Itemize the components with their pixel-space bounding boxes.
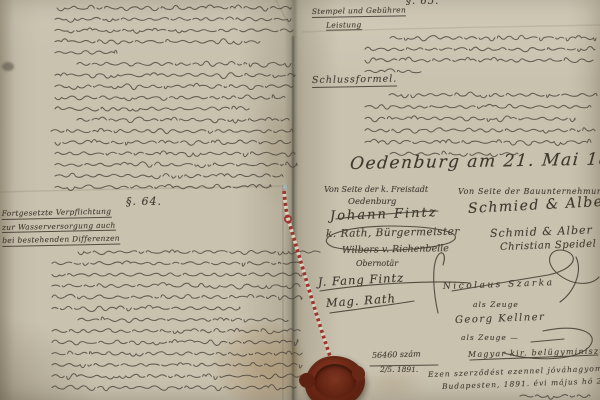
paper-stain: [252, 92, 300, 207]
signature-rath-buergermeister: k. Rath, Bürgermeister: [326, 227, 460, 240]
signature-fang-fintz: J. Fang Fintz: [318, 272, 405, 288]
paper-stain: [213, 322, 303, 400]
margin-heading-65: Stempel und Gebühren Leistung: [312, 6, 407, 35]
left-64-text: [52, 374, 300, 380]
witness-2-role: als Zeuge —: [461, 334, 519, 342]
left-top-text: [77, 61, 291, 67]
right-schluss-text: [365, 104, 591, 109]
cord-knot: [285, 216, 291, 222]
zeuge-dash: [531, 339, 564, 342]
right-schluss-text: [365, 128, 595, 133]
left-top-text: [55, 151, 295, 157]
ink-smudge: [2, 62, 14, 71]
left-top-text: [55, 106, 249, 111]
left-64-text: [78, 250, 320, 255]
dateline: Oedenburg am 21. Mai 1891.: [349, 151, 600, 173]
hungarian-line-3: [520, 395, 590, 400]
right-65-text: [365, 57, 593, 63]
ministry-line: Magyar kir. belügyminiszter: [468, 347, 600, 359]
registry-number: 56460 szám: [372, 350, 421, 360]
right-65-text: [365, 69, 421, 73]
registry-date: 2/5. 1891.: [380, 366, 418, 374]
signature-witness-1: Nicolaus Szarka: [443, 279, 555, 292]
margin-heading-line: zur Wasserversorgung auch: [2, 221, 116, 233]
witness-1-role: als Zeuge: [473, 301, 519, 309]
left-top-text: [55, 28, 293, 33]
fold-crease-line: [292, 36, 294, 400]
left-top-text: [55, 162, 297, 168]
left-64-text: [52, 283, 300, 289]
approval-line-2: Budapesten, 1891. évi május hó 2-án: [442, 377, 600, 391]
margin-heading-line: Fortgesetzte Verpflichtung: [2, 208, 112, 220]
left-top-text: [51, 128, 293, 133]
section-heading-65: §. 65.: [406, 0, 439, 7]
left-64-text: [52, 329, 300, 334]
signature-schmid-alber: Schmid & Alber: [490, 224, 593, 239]
left-64-text: [52, 273, 302, 277]
left-top-text: [55, 83, 293, 89]
section-heading-64: §. 64.: [126, 196, 162, 207]
left-top-text: [55, 140, 291, 146]
signature-witness-2: Georg Kellner: [455, 313, 546, 326]
witness-sweep-2: [560, 257, 578, 302]
margin-heading-line: bei bestehenden Differenzen: [2, 235, 120, 247]
left-top-text: [55, 39, 260, 45]
left-top-text: [55, 184, 271, 190]
signature-mag-rath: Mag. Rath: [326, 293, 397, 309]
left-top-text: [55, 173, 283, 179]
signature-christian-speidel: Christian Speidel: [500, 240, 597, 253]
left-top-text: [77, 117, 289, 123]
left-top-text: [55, 95, 285, 101]
cord-tip: [283, 185, 287, 189]
left-64-text: [52, 385, 296, 391]
left-64-text: [52, 351, 302, 356]
left-64-text: [52, 339, 298, 345]
left-top-text: [55, 17, 291, 22]
signature-johann-fintz: Johann Fintz: [330, 206, 438, 223]
seal-cord: [283, 185, 331, 359]
page-fold-gutter: [284, 0, 304, 400]
left-64-text: [52, 261, 301, 266]
margin-heading-line: Leistung: [326, 21, 362, 31]
left-64-text: [52, 363, 302, 368]
manuscript-photo: §. 64. Fortgesetzte Verpflichtung zur Wa…: [0, 0, 600, 400]
left-top-text: [55, 73, 295, 79]
left-top-text: [55, 50, 117, 54]
signature-caption-city: Von Seite der k. Freistadt: [324, 186, 428, 194]
signature-wilbers: Wilbers v. Richenbelle: [342, 244, 449, 255]
signature-title-obernotar: Obernotär: [356, 260, 398, 268]
right-schluss-text: [365, 139, 591, 145]
left-64-text: [52, 294, 302, 299]
margin-heading-line: Stempel und Gebühren: [312, 6, 406, 17]
right-65-text: [390, 35, 596, 40]
left-top-text: [57, 5, 291, 11]
left-64-text: [52, 305, 240, 311]
closing-formula-heading: Schlussformel.: [312, 75, 398, 88]
signature-schmied-alber: Schmied & Alber: [468, 194, 600, 216]
right-65-text: [365, 47, 595, 52]
margin-heading-64: Fortgesetzte Verpflichtung zur Wasserver…: [2, 208, 121, 251]
signature-caption-city-2: Oedenburg: [348, 198, 396, 207]
left-64-text: [78, 317, 288, 322]
right-schluss-text: [389, 92, 597, 98]
right-schluss-text: [365, 116, 575, 122]
